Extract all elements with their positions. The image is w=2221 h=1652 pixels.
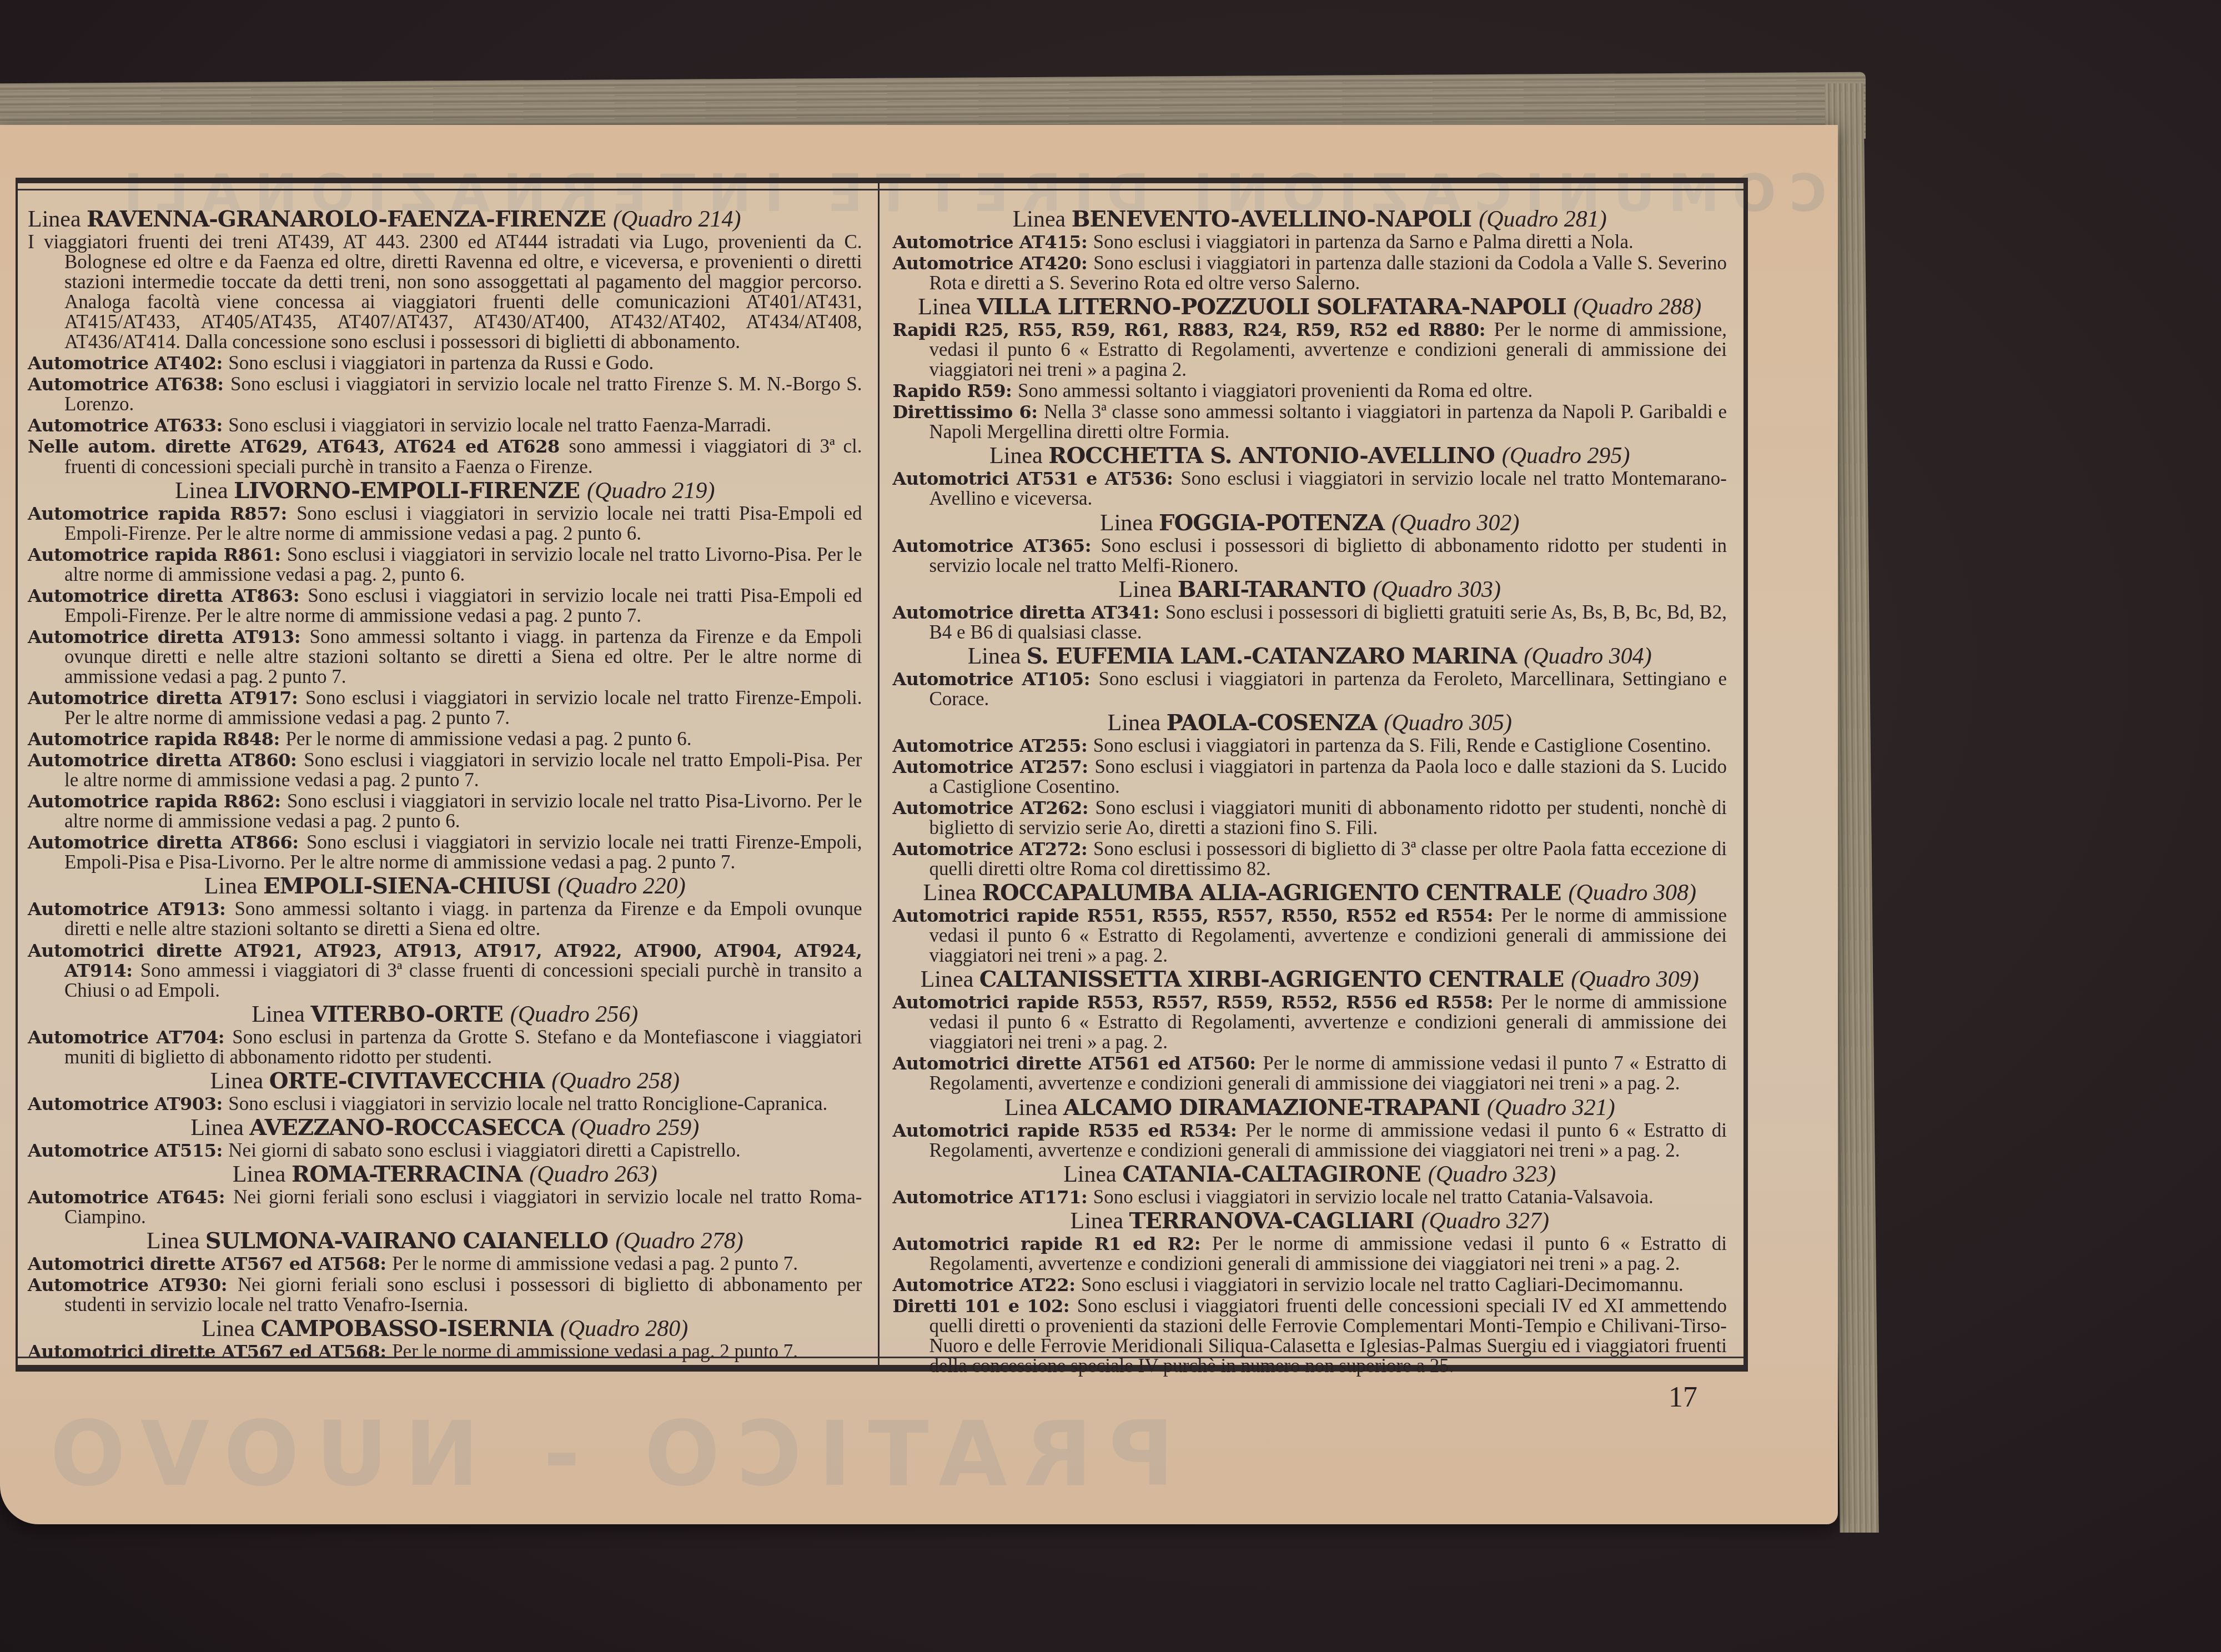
line-title: Linea CALTANISSETTA XIRBI-AGRIGENTO CENT… xyxy=(893,968,1727,991)
bleed-through-footer: PRATICO - NUOVO xyxy=(33,1402,1174,1506)
line-prefix: Linea xyxy=(190,1115,249,1141)
note-train-ref: Automotrice diretta AT863: xyxy=(28,585,308,606)
line-quadro-ref: (Quadro 214) xyxy=(613,207,741,232)
line-route: TERRANOVA-CAGLIARI xyxy=(1129,1208,1421,1234)
service-note: Automotrice rapida R848: Per le norme di… xyxy=(28,729,862,749)
line-prefix: Linea xyxy=(28,207,87,232)
right-column: Linea BENEVENTO-AVELLINO-NAPOLI (Quadro … xyxy=(880,183,1744,1365)
note-text: Sono ammessi i viaggiatori di 3ª classe … xyxy=(64,960,862,1001)
line-quadro-ref: (Quadro 309) xyxy=(1571,967,1699,992)
service-note: Automotrice AT365: Sono esclusi i posses… xyxy=(893,536,1727,576)
note-train-ref: Automotrice AT515: xyxy=(28,1140,228,1161)
note-train-ref: Automotrici dirette AT567 ed AT568: xyxy=(28,1253,392,1274)
line-notes: I viaggiatori fruenti dei treni AT439, A… xyxy=(28,232,862,477)
note-train-ref: Automotrice AT22: xyxy=(893,1274,1082,1296)
note-text: Sono esclusi i viaggiatori in servizio l… xyxy=(1093,1186,1654,1208)
service-note: Nelle autom. dirette AT629, AT643, AT624… xyxy=(28,436,862,476)
line-prefix: Linea xyxy=(1004,1095,1063,1121)
note-train-ref: Automotrici dirette AT567 ed AT568: xyxy=(28,1341,392,1362)
line-quadro-ref: (Quadro 303) xyxy=(1373,577,1501,602)
service-note: Automotrice AT255: Sono esclusi i viaggi… xyxy=(893,736,1727,756)
note-train-ref: Automotrice AT645: xyxy=(28,1187,233,1208)
service-note: Automotrice AT415: Sono esclusi i viaggi… xyxy=(893,232,1727,252)
note-train-ref: Automotrici rapide R1 ed R2: xyxy=(893,1233,1213,1254)
line-title: Linea TERRANOVA-CAGLIARI (Quadro 327) xyxy=(893,1209,1727,1233)
line-notes: Automotrice AT903: Sono esclusi i viaggi… xyxy=(28,1094,862,1114)
line-quadro-ref: (Quadro 278) xyxy=(615,1228,743,1254)
note-train-ref: Automotrice AT402: xyxy=(28,353,228,374)
line-prefix: Linea xyxy=(989,443,1048,469)
note-text: Per le norme di ammissione vedasi a pag.… xyxy=(285,728,691,750)
line-prefix: Linea xyxy=(204,873,263,899)
line-prefix: Linea xyxy=(233,1162,292,1187)
service-note: Automotrice rapida R857: Sono esclusi i … xyxy=(28,504,862,544)
service-note: Automotrice AT930: Nei giorni feriali so… xyxy=(28,1275,862,1315)
page-number: 17 xyxy=(1669,1381,1697,1414)
line-quadro-ref: (Quadro 220) xyxy=(557,873,686,899)
line-quadro-ref: (Quadro 281) xyxy=(1479,207,1607,232)
line-quadro-ref: (Quadro 304) xyxy=(1524,644,1652,669)
railway-line-section: Linea CALTANISSETTA XIRBI-AGRIGENTO CENT… xyxy=(893,968,1727,1093)
line-route: VITERBO-ORTE xyxy=(310,1001,510,1027)
service-note: Automotrice AT105: Sono esclusi i viaggi… xyxy=(893,669,1727,709)
railway-line-section: Linea BENEVENTO-AVELLINO-NAPOLI (Quadro … xyxy=(893,208,1727,293)
line-title: Linea PAOLA-COSENZA (Quadro 305) xyxy=(893,711,1727,735)
railway-line-section: Linea TERRANOVA-CAGLIARI (Quadro 327) Au… xyxy=(893,1209,1727,1376)
note-text: Sono esclusi i viaggiatori in servizio l… xyxy=(228,1093,827,1114)
note-train-ref: Direttissimo 6: xyxy=(893,401,1044,423)
service-note: Automotrici AT531 e AT536: Sono esclusi … xyxy=(893,469,1727,509)
note-train-ref: Automotrici AT531 e AT536: xyxy=(893,468,1181,489)
service-note: Automotrice AT420: Sono esclusi i viaggi… xyxy=(893,253,1727,293)
note-train-ref: Automotrice AT105: xyxy=(893,669,1099,690)
line-title: Linea SULMONA-VAIRANO CAIANELLO (Quadro … xyxy=(28,1229,862,1253)
line-prefix: Linea xyxy=(252,1002,310,1027)
note-train-ref: Automotrice AT365: xyxy=(893,535,1101,556)
railway-line-section: Linea ALCAMO DIRAMAZIONE-TRAPANI (Quadro… xyxy=(893,1096,1727,1161)
service-note: Automotrice AT704: Sono esclusi in parte… xyxy=(28,1027,862,1067)
line-title: Linea LIVORNO-EMPOLI-FIRENZE (Quadro 219… xyxy=(28,479,862,503)
line-route: CALTANISSETTA XIRBI-AGRIGENTO CENTRALE xyxy=(979,966,1571,992)
line-prefix: Linea xyxy=(921,967,979,992)
line-route: SULMONA-VAIRANO CAIANELLO xyxy=(205,1228,615,1254)
line-route: PAOLA-COSENZA xyxy=(1167,710,1384,736)
photo-scene: COMUNICAZIONI DIRETTE INTERNAZIONALI PRA… xyxy=(0,0,2221,1652)
line-prefix: Linea xyxy=(968,644,1027,669)
note-train-ref: Automotrice rapida R848: xyxy=(28,729,285,750)
note-train-ref: Automotrice rapida R862: xyxy=(28,791,287,812)
line-title: Linea CATANIA-CALTAGIRONE (Quadro 323) xyxy=(893,1163,1727,1186)
railway-line-section: Linea AVEZZANO-ROCCASECCA (Quadro 259) A… xyxy=(28,1116,862,1161)
line-notes: Automotrici dirette AT567 ed AT568: Per … xyxy=(28,1254,862,1315)
line-quadro-ref: (Quadro 280) xyxy=(560,1316,689,1342)
line-prefix: Linea xyxy=(210,1068,269,1094)
railway-line-section: Linea S. EUFEMIA LAM.-CATANZARO MARINA (… xyxy=(893,645,1727,709)
note-train-ref: Rapidi R25, R55, R59, R61, R883, R24, R5… xyxy=(893,319,1494,340)
line-quadro-ref: (Quadro 327) xyxy=(1421,1208,1549,1234)
note-text: Nella 3ª classe sono ammessi soltanto i … xyxy=(929,401,1727,443)
line-quadro-ref: (Quadro 256) xyxy=(510,1002,639,1027)
service-note: Diretti 101 e 102: Sono esclusi i viaggi… xyxy=(893,1296,1727,1376)
note-train-ref: Rapido R59: xyxy=(893,380,1018,401)
line-notes: Automotrice AT913: Sono ammessi soltanto… xyxy=(28,899,862,1000)
service-note: Automotrice AT262: Sono esclusi i viaggi… xyxy=(893,798,1727,838)
line-notes: Automotrici AT531 e AT536: Sono esclusi … xyxy=(893,469,1727,509)
line-quadro-ref: (Quadro 258) xyxy=(551,1068,680,1094)
line-notes: Automotrici rapide R553, R557, R559, R55… xyxy=(893,992,1727,1093)
line-prefix: Linea xyxy=(1108,710,1167,736)
line-title: Linea RAVENNA-GRANAROLO-FAENZA-FIRENZE (… xyxy=(28,208,862,231)
line-prefix: Linea xyxy=(1070,1208,1129,1234)
line-title: Linea ROCCHETTA S. ANTONIO-AVELLINO (Qua… xyxy=(893,444,1727,468)
note-train-ref: Automotrice AT704: xyxy=(28,1027,232,1048)
service-note: Automotrice rapida R861: Sono esclusi i … xyxy=(28,545,862,585)
note-train-ref: Automotrice AT913: xyxy=(28,898,235,920)
line-title: Linea ROCCAPALUMBA ALIA-AGRIGENTO CENTRA… xyxy=(893,881,1727,905)
service-note: Automotrice AT171: Sono esclusi i viaggi… xyxy=(893,1187,1727,1207)
note-train-ref: Automotrice AT638: xyxy=(28,374,230,395)
railway-line-section: Linea VITERBO-ORTE (Quadro 256) Automotr… xyxy=(28,1003,862,1067)
line-prefix: Linea xyxy=(918,294,977,320)
note-text: Sono esclusi i viaggiatori in partenza d… xyxy=(1093,735,1711,756)
line-prefix: Linea xyxy=(1119,577,1178,602)
line-route: ROCCHETTA S. ANTONIO-AVELLINO xyxy=(1048,443,1502,469)
line-quadro-ref: (Quadro 295) xyxy=(1502,443,1630,469)
railway-line-section: Linea LIVORNO-EMPOLI-FIRENZE (Quadro 219… xyxy=(28,479,862,873)
service-note: Automotrice rapida R862: Sono esclusi i … xyxy=(28,791,862,831)
note-train-ref: Automotrice rapida R857: xyxy=(28,503,297,524)
line-notes: Automotrice AT704: Sono esclusi in parte… xyxy=(28,1027,862,1067)
note-train-ref: Nelle autom. dirette AT629, AT643, AT624… xyxy=(28,436,569,457)
service-note: Rapidi R25, R55, R59, R61, R883, R24, R5… xyxy=(893,320,1727,380)
line-route: S. EUFEMIA LAM.-CATANZARO MARINA xyxy=(1027,643,1524,669)
line-route: ORTE-CIVITAVECCHIA xyxy=(269,1068,552,1094)
line-title: Linea FOGGIA-POTENZA (Quadro 302) xyxy=(893,511,1727,535)
note-train-ref: Automotrice AT171: xyxy=(893,1187,1093,1208)
service-note: Automotrice diretta AT860: Sono esclusi … xyxy=(28,750,862,790)
line-quadro-ref: (Quadro 323) xyxy=(1428,1162,1556,1187)
line-notes: Automotrici rapide R1 ed R2: Per le norm… xyxy=(893,1234,1727,1376)
line-title: Linea ORTE-CIVITAVECCHIA (Quadro 258) xyxy=(28,1069,862,1093)
line-prefix: Linea xyxy=(923,880,982,906)
service-note: Automotrici dirette AT567 ed AT568: Per … xyxy=(28,1254,862,1274)
line-route: ROCCAPALUMBA ALIA-AGRIGENTO CENTRALE xyxy=(982,880,1569,906)
line-route: VILLA LITERNO-POZZUOLI SOLFATARA-NAPOLI xyxy=(977,294,1573,320)
note-train-ref: Automotrice AT262: xyxy=(893,797,1096,819)
railway-line-section: Linea CATANIA-CALTAGIRONE (Quadro 323) A… xyxy=(893,1163,1727,1207)
service-note: Automotrice diretta AT341: Sono esclusi … xyxy=(893,602,1727,642)
railway-line-section: Linea PAOLA-COSENZA (Quadro 305) Automot… xyxy=(893,711,1727,879)
line-route: BENEVENTO-AVELLINO-NAPOLI xyxy=(1072,206,1479,232)
line-quadro-ref: (Quadro 321) xyxy=(1487,1095,1615,1121)
railway-line-section: Linea FOGGIA-POTENZA (Quadro 302) Automo… xyxy=(893,511,1727,576)
note-text: Sono esclusi i viaggiatori in partenza d… xyxy=(228,352,654,374)
note-train-ref: Automotrici rapide R535 ed R534: xyxy=(893,1120,1245,1141)
line-quadro-ref: (Quadro 263) xyxy=(529,1162,657,1187)
note-train-ref: Automotrice rapida R861: xyxy=(28,544,287,565)
note-text: Per le norme di ammissione vedasi a pag.… xyxy=(392,1253,798,1274)
line-notes: Automotrice AT171: Sono esclusi i viaggi… xyxy=(893,1187,1727,1207)
line-route: EMPOLI-SIENA-CHIUSI xyxy=(263,873,557,899)
line-prefix: Linea xyxy=(147,1228,205,1254)
line-notes: Rapidi R25, R55, R59, R61, R883, R24, R5… xyxy=(893,320,1727,442)
book-page: COMUNICAZIONI DIRETTE INTERNAZIONALI PRA… xyxy=(0,125,1838,1524)
service-note: Automotrice AT633: Sono esclusi i viaggi… xyxy=(28,415,862,435)
line-title: Linea S. EUFEMIA LAM.-CATANZARO MARINA (… xyxy=(893,645,1727,668)
line-route: BARI-TARANTO xyxy=(1178,576,1373,602)
service-note: Direttissimo 6: Nella 3ª classe sono amm… xyxy=(893,402,1727,442)
line-notes: Automotrice AT105: Sono esclusi i viaggi… xyxy=(893,669,1727,709)
service-note: Automotrice diretta AT863: Sono esclusi … xyxy=(28,586,862,626)
service-note: Automotrici dirette AT561 ed AT560: Per … xyxy=(893,1053,1727,1093)
service-note: Automotrici rapide R535 ed R534: Per le … xyxy=(893,1121,1727,1161)
notes-frame: Linea RAVENNA-GRANAROLO-FAENZA-FIRENZE (… xyxy=(16,178,1748,1372)
railway-line-section: Linea ROCCAPALUMBA ALIA-AGRIGENTO CENTRA… xyxy=(893,881,1727,966)
service-note: Rapido R59: Sono ammessi soltanto i viag… xyxy=(893,381,1727,401)
line-notes: Automotrice diretta AT341: Sono esclusi … xyxy=(893,602,1727,642)
service-note: Automotrice AT903: Sono esclusi i viaggi… xyxy=(28,1094,862,1114)
line-title: Linea BENEVENTO-AVELLINO-NAPOLI (Quadro … xyxy=(893,208,1727,231)
service-note: Automotrice AT257: Sono esclusi i viaggi… xyxy=(893,757,1727,797)
line-quadro-ref: (Quadro 288) xyxy=(1574,294,1702,320)
note-train-ref: Automotrice AT272: xyxy=(893,838,1094,860)
note-train-ref: Automotrici rapide R553, R557, R559, R55… xyxy=(893,992,1501,1013)
note-train-ref: Automotrici rapide R551, R555, R557, R55… xyxy=(893,905,1501,926)
note-train-ref: Automotrice AT255: xyxy=(893,735,1093,756)
line-title: Linea VILLA LITERNO-POZZUOLI SOLFATARA-N… xyxy=(893,295,1727,319)
note-train-ref: Automotrice diretta AT913: xyxy=(28,626,309,647)
line-notes: Automotrici dirette AT567 ed AT568: Per … xyxy=(28,1342,862,1362)
line-route: CATANIA-CALTAGIRONE xyxy=(1122,1161,1428,1187)
line-quadro-ref: (Quadro 219) xyxy=(587,478,715,504)
line-notes: Automotrice rapida R857: Sono esclusi i … xyxy=(28,504,862,873)
service-note: Automotrici rapide R1 ed R2: Per le norm… xyxy=(893,1234,1727,1274)
note-train-ref: Automotrice AT930: xyxy=(28,1274,238,1296)
line-route: LIVORNO-EMPOLI-FIRENZE xyxy=(234,478,587,504)
service-note: Automotrici dirette AT567 ed AT568: Per … xyxy=(28,1342,862,1362)
line-prefix: Linea xyxy=(1100,510,1159,536)
service-note: Automotrici rapide R551, R555, R557, R55… xyxy=(893,906,1727,966)
line-quadro-ref: (Quadro 305) xyxy=(1384,710,1512,736)
note-train-ref: Automotrice diretta AT860: xyxy=(28,750,304,771)
line-route: RAVENNA-GRANAROLO-FAENZA-FIRENZE xyxy=(87,206,613,232)
service-note: Automotrice AT402: Sono esclusi i viaggi… xyxy=(28,353,862,373)
note-train-ref: Automotrice AT420: xyxy=(893,253,1094,274)
note-text: Nei giorni di sabato sono esclusi i viag… xyxy=(228,1139,740,1161)
line-title: Linea ROMA-TERRACINA (Quadro 263) xyxy=(28,1163,862,1186)
line-notes: Automotrice AT415: Sono esclusi i viaggi… xyxy=(893,232,1727,293)
service-note: Automotrici dirette AT921, AT923, AT913,… xyxy=(28,941,862,1001)
railway-line-section: Linea VILLA LITERNO-POZZUOLI SOLFATARA-N… xyxy=(893,295,1727,442)
service-note: Automotrice AT913: Sono ammessi soltanto… xyxy=(28,899,862,939)
line-route: AVEZZANO-ROCCASECCA xyxy=(249,1114,571,1141)
line-quadro-ref: (Quadro 302) xyxy=(1391,510,1520,536)
note-train-ref: Automotrice AT257: xyxy=(893,756,1095,777)
line-notes: Automotrice AT645: Nei giorni feriali so… xyxy=(28,1187,862,1227)
railway-line-section: Linea BARI-TARANTO (Quadro 303) Automotr… xyxy=(893,578,1727,642)
line-notes: Automotrici rapide R535 ed R534: Per le … xyxy=(893,1121,1727,1161)
left-column: Linea RAVENNA-GRANAROLO-FAENZA-FIRENZE (… xyxy=(18,183,880,1365)
note-train-ref: Automotrice AT633: xyxy=(28,415,228,436)
line-title: Linea AVEZZANO-ROCCASECCA (Quadro 259) xyxy=(28,1116,862,1139)
line-quadro-ref: (Quadro 308) xyxy=(1568,880,1696,906)
note-train-ref: Automotrice diretta AT866: xyxy=(28,832,306,853)
service-note: I viaggiatori fruenti dei treni AT439, A… xyxy=(28,232,862,352)
railway-line-section: Linea RAVENNA-GRANAROLO-FAENZA-FIRENZE (… xyxy=(28,208,862,477)
railway-line-section: Linea ORTE-CIVITAVECCHIA (Quadro 258) Au… xyxy=(28,1069,862,1114)
line-prefix: Linea xyxy=(1013,207,1072,232)
line-notes: Automotrice AT255: Sono esclusi i viaggi… xyxy=(893,736,1727,879)
railway-line-section: Linea EMPOLI-SIENA-CHIUSI (Quadro 220) A… xyxy=(28,875,862,1000)
service-note: Automotrice AT515: Nei giorni di sabato … xyxy=(28,1141,862,1161)
note-train-ref: Automotrice diretta AT341: xyxy=(893,602,1165,623)
service-note: Automotrice diretta AT917: Sono esclusi … xyxy=(28,688,862,728)
line-prefix: Linea xyxy=(202,1316,260,1342)
note-text: Sono esclusi i viaggiatori in servizio l… xyxy=(228,414,771,436)
line-title: Linea CAMPOBASSO-ISERNIA (Quadro 280) xyxy=(28,1317,862,1340)
service-note: Automotrice diretta AT866: Sono esclusi … xyxy=(28,832,862,872)
note-train-ref: Automotrice diretta AT917: xyxy=(28,687,305,709)
line-route: ALCAMO DIRAMAZIONE-TRAPANI xyxy=(1063,1094,1487,1121)
railway-line-section: Linea SULMONA-VAIRANO CAIANELLO (Quadro … xyxy=(28,1229,862,1315)
line-quadro-ref: (Quadro 259) xyxy=(571,1115,700,1141)
line-title: Linea BARI-TARANTO (Quadro 303) xyxy=(893,578,1727,601)
railway-line-section: Linea CAMPOBASSO-ISERNIA (Quadro 280) Au… xyxy=(28,1317,862,1362)
line-title: Linea VITERBO-ORTE (Quadro 256) xyxy=(28,1003,862,1026)
line-notes: Automotrici rapide R551, R555, R557, R55… xyxy=(893,906,1727,966)
line-prefix: Linea xyxy=(175,478,234,504)
line-route: FOGGIA-POTENZA xyxy=(1159,510,1391,536)
note-train-ref: Automotrice AT903: xyxy=(28,1093,228,1114)
note-text: Sono esclusi i viaggiatori in partenza d… xyxy=(1093,231,1634,253)
service-note: Automotrice AT272: Sono esclusi i posses… xyxy=(893,839,1727,879)
line-notes: Automotrice AT365: Sono esclusi i posses… xyxy=(893,536,1727,576)
note-train-ref: Diretti 101 e 102: xyxy=(893,1296,1077,1317)
note-text: Sono esclusi i viaggiatori in servizio l… xyxy=(1081,1274,1684,1296)
line-prefix: Linea xyxy=(1063,1162,1122,1187)
line-title: Linea ALCAMO DIRAMAZIONE-TRAPANI (Quadro… xyxy=(893,1096,1727,1119)
note-train-ref: Automotrici dirette AT561 ed AT560: xyxy=(893,1053,1263,1074)
line-route: CAMPOBASSO-ISERNIA xyxy=(260,1315,560,1342)
note-text: Sono ammessi soltanto i viaggiatori prov… xyxy=(1018,380,1532,401)
note-train-ref: Automotrice AT415: xyxy=(893,232,1093,253)
railway-line-section: Linea ROCCHETTA S. ANTONIO-AVELLINO (Qua… xyxy=(893,444,1727,509)
line-title: Linea EMPOLI-SIENA-CHIUSI (Quadro 220) xyxy=(28,875,862,898)
line-route: ROMA-TERRACINA xyxy=(292,1161,529,1187)
service-note: Automotrici rapide R553, R557, R559, R55… xyxy=(893,992,1727,1052)
service-note: Automotrice AT645: Nei giorni feriali so… xyxy=(28,1187,862,1227)
service-note: Automotrice diretta AT913: Sono ammessi … xyxy=(28,627,862,687)
line-notes: Automotrice AT515: Nei giorni di sabato … xyxy=(28,1141,862,1161)
note-text: Per le norme di ammissione vedasi a pag.… xyxy=(392,1340,798,1362)
railway-line-section: Linea ROMA-TERRACINA (Quadro 263) Automo… xyxy=(28,1163,862,1227)
service-note: Automotrice AT638: Sono esclusi i viaggi… xyxy=(28,374,862,414)
note-text: I viaggiatori fruenti dei treni AT439, A… xyxy=(28,231,862,353)
service-note: Automotrice AT22: Sono esclusi i viaggia… xyxy=(893,1275,1727,1295)
